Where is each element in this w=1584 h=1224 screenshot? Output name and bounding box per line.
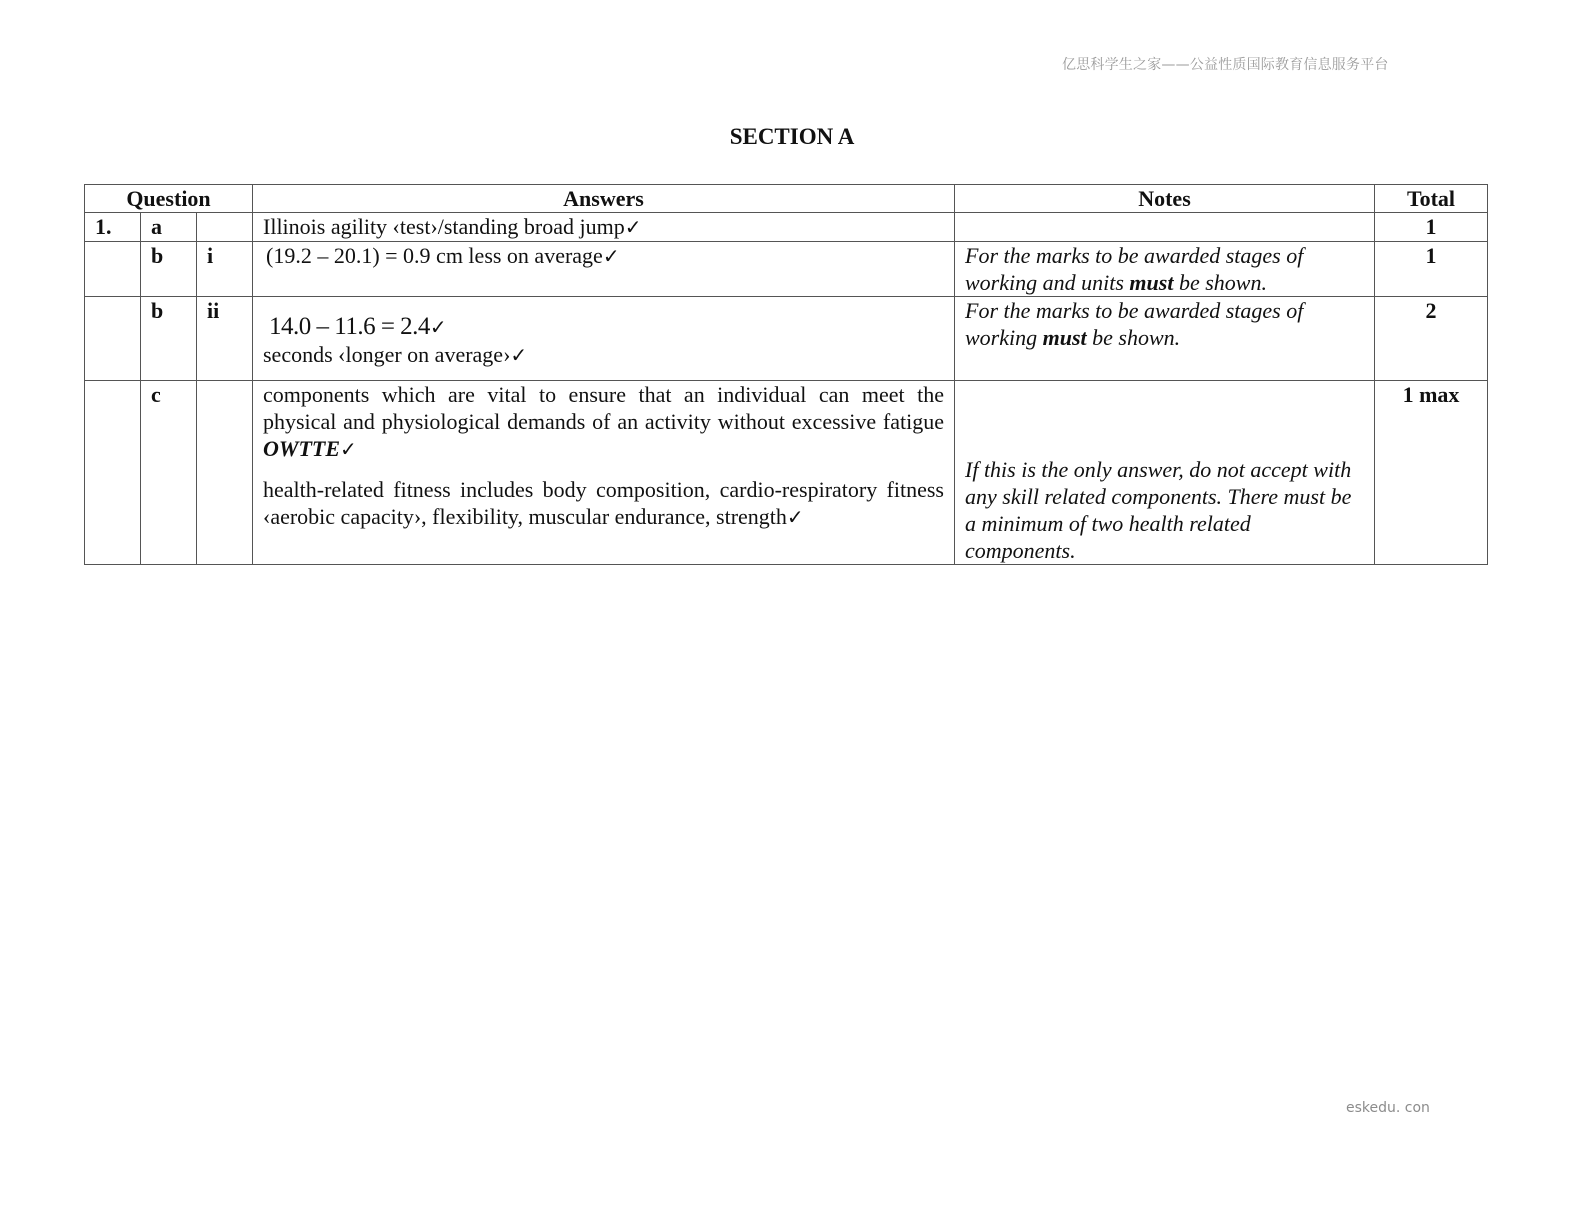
answer-text: (19.2 – 20.1) = 0.9 cm less on average	[266, 243, 603, 268]
question-number: 1.	[85, 213, 141, 242]
answer-text: components which are vital to ensure tha…	[263, 382, 944, 434]
tick-icon: ✓	[430, 315, 447, 339]
footer-watermark: eskedu. con	[1346, 1100, 1430, 1116]
table-row: b ii 14.0 – 11.6 = 2.4✓ seconds ‹longer …	[85, 297, 1488, 381]
header-watermark: 亿思科学生之家——公益性质国际教育信息服务平台	[1062, 54, 1389, 74]
section-title: SECTION A	[0, 124, 1584, 150]
question-number	[85, 242, 141, 297]
answer-emphasis: OWTTE	[263, 436, 340, 461]
header-question: Question	[85, 185, 253, 213]
table-row: c components which are vital to ensure t…	[85, 381, 1488, 565]
markscheme-table: Question Answers Notes Total 1. a Illino…	[84, 184, 1488, 565]
answer-paragraph-1: components which are vital to ensure tha…	[263, 381, 944, 463]
question-subpart	[197, 213, 253, 242]
answer-cell: Illinois agility ‹test›/standing broad j…	[253, 213, 955, 242]
question-number	[85, 297, 141, 381]
question-part: b	[141, 297, 197, 381]
header-total: Total	[1375, 185, 1488, 213]
question-subpart	[197, 381, 253, 565]
notes-cell	[955, 213, 1375, 242]
header-answers: Answers	[253, 185, 955, 213]
notes-emphasis: must	[1043, 325, 1087, 350]
notes-cell: For the marks to be awarded stages of wo…	[955, 242, 1375, 297]
question-subpart: ii	[197, 297, 253, 381]
answer-cell: (19.2 – 20.1) = 0.9 cm less on average✓	[253, 242, 955, 297]
table-header-row: Question Answers Notes Total	[85, 185, 1488, 213]
notes-emphasis: must	[1129, 270, 1173, 295]
tick-icon: ✓	[603, 244, 620, 268]
tick-icon: ✓	[510, 343, 527, 367]
table-row: b i (19.2 – 20.1) = 0.9 cm less on avera…	[85, 242, 1488, 297]
answer-text: Illinois agility ‹test›/standing broad j…	[263, 214, 625, 239]
answer-cell: 14.0 – 11.6 = 2.4✓ seconds ‹longer on av…	[253, 297, 955, 381]
notes-cell: If this is the only answer, do not accep…	[955, 381, 1375, 565]
total-cell: 1 max	[1375, 381, 1488, 565]
answer-paragraph-2: health-related fitness includes body com…	[263, 476, 944, 531]
header-notes: Notes	[955, 185, 1375, 213]
question-part: a	[141, 213, 197, 242]
answer-text: health-related fitness includes body com…	[263, 477, 944, 529]
notes-text: be shown.	[1087, 325, 1181, 350]
answer-cell: components which are vital to ensure tha…	[253, 381, 955, 565]
total-cell: 1	[1375, 213, 1488, 242]
table-row: 1. a Illinois agility ‹test›/standing br…	[85, 213, 1488, 242]
question-number	[85, 381, 141, 565]
answer-text: seconds ‹longer on average›	[263, 342, 510, 367]
answer-math: 14.0 – 11.6 = 2.4	[269, 313, 430, 340]
tick-icon: ✓	[340, 437, 357, 461]
tick-icon: ✓	[625, 215, 642, 239]
question-subpart: i	[197, 242, 253, 297]
question-part: b	[141, 242, 197, 297]
question-part: c	[141, 381, 197, 565]
notes-cell: For the marks to be awarded stages of wo…	[955, 297, 1375, 381]
total-cell: 2	[1375, 297, 1488, 381]
total-cell: 1	[1375, 242, 1488, 297]
notes-text: be shown.	[1173, 270, 1267, 295]
tick-icon: ✓	[787, 505, 804, 529]
